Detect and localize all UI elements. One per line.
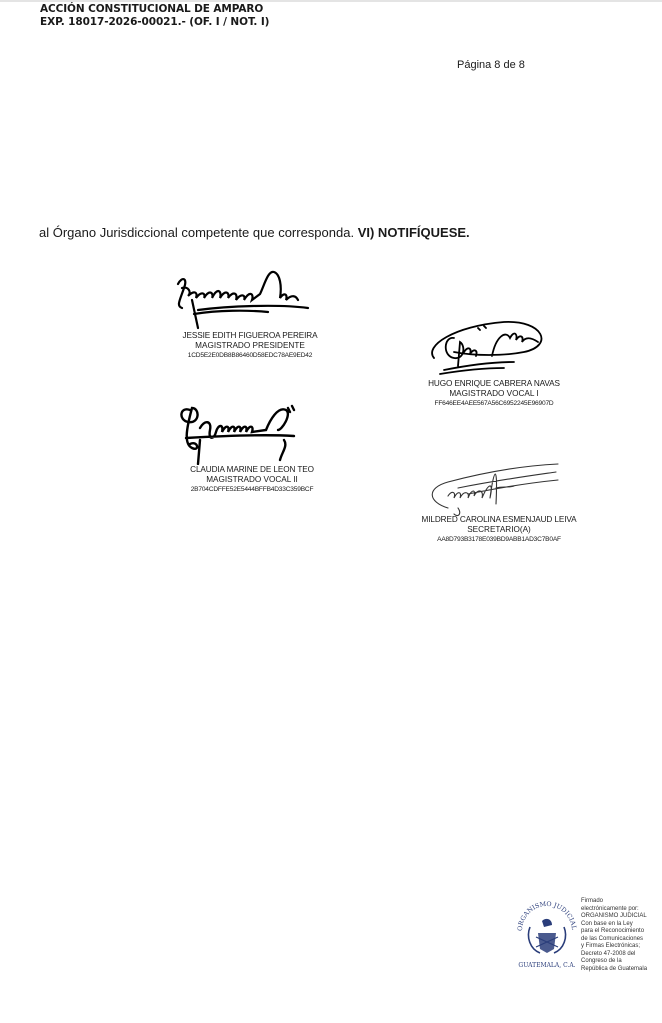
signer-role: SECRETARIO(A) [404,525,594,535]
electronic-signature-notice: Firmado electrónicamente por: ORGANISMO … [581,898,661,973]
signature-block-presidente: JESSIE EDITH FIGUEROA PEREIRA MAGISTRADO… [160,266,340,361]
signer-name: CLAUDIA MARINE DE LEON TEO [162,465,342,475]
notice-line: y Firmas Electrónicas; [581,943,661,951]
signature-hash: 1CD5E2E0DB8B86460D58EDC78AE9ED42 [160,351,340,360]
handwritten-signature-icon [170,400,320,465]
signer-name: MILDRED CAROLINA ESMENJAUD LEIVA [404,515,594,525]
organismo-judicial-seal: ORGANISMO JUDICIAL GUATEMALA, C.A. [516,897,578,969]
signature-hash: AA8D793B3178E039BD9ABB1AD3C7B0AF [404,535,594,544]
svg-text:GUATEMALA, C.A.: GUATEMALA, C.A. [518,962,575,969]
handwritten-signature-icon [414,316,564,381]
signature-block-vocal-2: CLAUDIA MARINE DE LEON TEO MAGISTRADO VO… [162,400,342,495]
notice-line: República de Guatemala [581,966,661,974]
signer-role: MAGISTRADO PRESIDENTE [160,341,340,351]
header-title: ACCIÓN CONSTITUCIONAL DE AMPARO [40,3,269,16]
signer-role: MAGISTRADO VOCAL I [404,389,584,399]
notice-line: ORGANISMO JUDICIAL [581,913,661,921]
notice-line: para el Reconocimiento [581,928,661,936]
body-bold-text: VI) NOTIFÍQUESE. [358,225,470,240]
page-number: Página 8 de 8 [457,59,525,71]
document-header: ACCIÓN CONSTITUCIONAL DE AMPARO EXP. 180… [40,3,269,29]
body-text: al Órgano Jurisdiccional competente que … [39,225,354,240]
handwritten-signature-icon [418,458,568,518]
top-border [0,0,662,2]
signature-block-secretario: MILDRED CAROLINA ESMENJAUD LEIVA SECRETA… [404,458,594,553]
signer-role: MAGISTRADO VOCAL II [162,475,342,485]
notice-line: Decreto 47-2008 del [581,951,661,959]
notice-line: electrónicamente por: [581,906,661,914]
notice-line: Congreso de la [581,958,661,966]
handwritten-signature-icon [168,266,318,331]
signer-name: HUGO ENRIQUE CABRERA NAVAS [404,379,584,389]
notice-line: Con base en la Ley [581,921,661,929]
signer-name: JESSIE EDITH FIGUEROA PEREIRA [160,331,340,341]
signature-hash: FF646EE4AEE567A56C6952245E96907D [404,399,584,408]
svg-text:ORGANISMO JUDICIAL: ORGANISMO JUDICIAL [517,901,577,932]
notice-line: Firmado [581,898,661,906]
body-paragraph: al Órgano Jurisdiccional competente que … [39,225,470,240]
signature-hash: 2B704CDFFE52E5444BFFB4D33C359BCF [162,485,342,494]
header-case-number: EXP. 18017-2026-00021.- (OF. I / NOT. I) [40,16,269,29]
signature-block-vocal-1: HUGO ENRIQUE CABRERA NAVAS MAGISTRADO VO… [404,316,584,411]
notice-line: de las Comunicaciones [581,936,661,944]
guatemala-coat-of-arms-icon: ORGANISMO JUDICIAL GUATEMALA, C.A. [516,897,578,969]
